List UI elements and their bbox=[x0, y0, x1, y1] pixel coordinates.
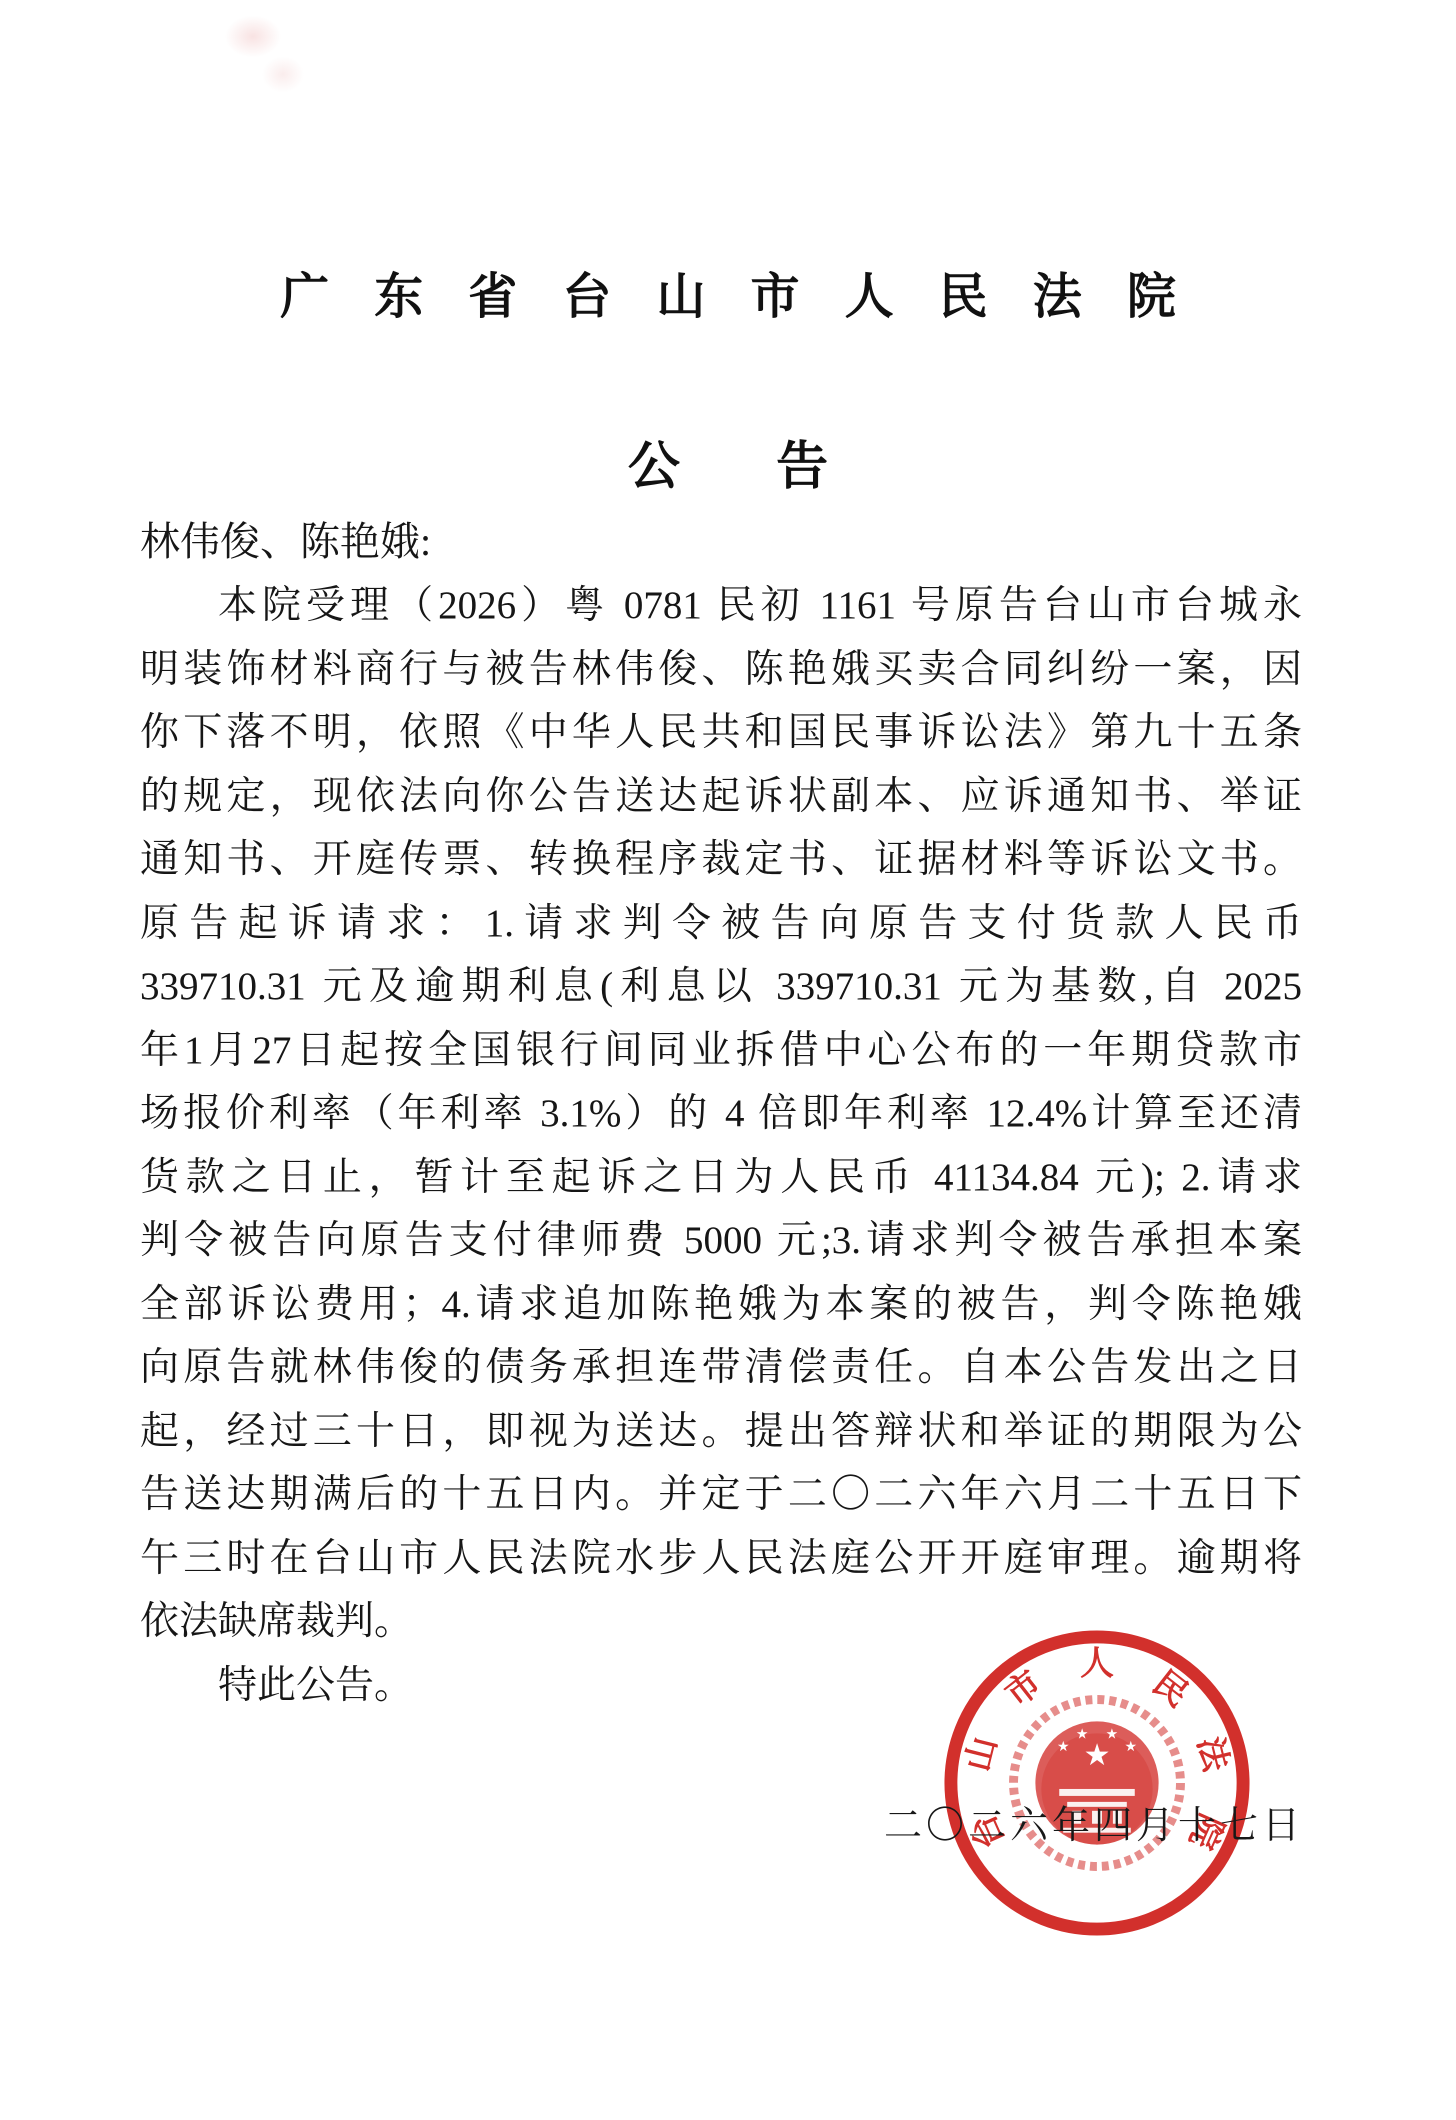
seal-char-5: 法 bbox=[1190, 1733, 1235, 1776]
body-line-14: 起，经过三十日，即视为送达。提出答辩状和举证的期限为公 bbox=[140, 1400, 1302, 1464]
document-page: 广东省台山市人民法院 公告 林伟俊、陈艳娥: 本院受理（2026）粤 0781 … bbox=[0, 0, 1456, 2120]
court-name: 广东省台山市人民法院 bbox=[0, 258, 1456, 328]
body-line-4: 的规定，现依法向你公告送达起诉状副本、应诉通知书、举证 bbox=[140, 765, 1302, 829]
body-line-1: 本院受理（2026）粤 0781 民初 1161 号原告台山市台城永 bbox=[140, 574, 1302, 638]
body-line-13: 向原告就林伟俊的债务承担连带清偿责任。自本公告发出之日 bbox=[140, 1336, 1302, 1400]
seal-char-1: 山 bbox=[960, 1733, 1004, 1775]
body-line-3: 你下落不明，依照《中华人民共和国民事诉讼法》第九十五条 bbox=[140, 701, 1302, 765]
body-line-10: 货款之日止，暂计至起诉之日为人民币 41134.84 元); 2.请求 bbox=[140, 1146, 1302, 1210]
seal-star-icon: ★ bbox=[1076, 1727, 1088, 1742]
scan-smudge bbox=[205, 8, 325, 103]
body-text: 本院受理（2026）粤 0781 民初 1161 号原告台山市台城永明装饰材料商… bbox=[140, 574, 1302, 1717]
body-line-16: 午三时在台山市人民法院水步人民法庭公开开庭审理。逾期将 bbox=[140, 1527, 1302, 1591]
body-line-7: 339710.31 元及逾期利息(利息以 339710.31 元为基数,自 20… bbox=[140, 955, 1302, 1019]
seal-star-icon: ★ bbox=[1084, 1739, 1111, 1772]
body-line-6: 原告起诉请求：1.请求判令被告向原告支付货款人民币 bbox=[140, 892, 1302, 956]
issue-date: 二〇二六年四月十七日 bbox=[884, 1796, 1344, 1856]
seal-star-icon: ★ bbox=[1106, 1727, 1118, 1742]
page-title: 公告 bbox=[0, 424, 1456, 499]
body-line-8: 年1月27日起按全国银行间同业拆借中心公布的一年期贷款市 bbox=[140, 1019, 1302, 1083]
body-line-9: 场报价利率（年利率 3.1%）的 4 倍即年利率 12.4%计算至还清 bbox=[140, 1082, 1302, 1146]
seal-char-3: 人 bbox=[1080, 1646, 1114, 1683]
court-seal-stamp: ★★★★★ 台山市人民法院 bbox=[938, 1624, 1256, 1942]
seal-star-icon: ★ bbox=[1057, 1740, 1069, 1755]
body-line-2: 明装饰材料商行与被告林伟俊、陈艳娥买卖合同纠纷一案，因 bbox=[140, 638, 1302, 702]
body-line-5: 通知书、开庭传票、转换程序裁定书、证据材料等诉讼文书。 bbox=[140, 828, 1302, 892]
salutation: 林伟俊、陈艳娥: bbox=[140, 510, 1300, 574]
body-line-15: 告送达期满后的十五日内。并定于二〇二六年六月二十五日下 bbox=[140, 1463, 1302, 1527]
seal-star-icon: ★ bbox=[1125, 1740, 1137, 1755]
body-line-12: 全部诉讼费用；4.请求追加陈艳娥为本案的被告，判令陈艳娥 bbox=[140, 1273, 1302, 1337]
body-line-11: 判令被告向原告支付律师费 5000 元;3.请求判令被告承担本案 bbox=[140, 1209, 1302, 1273]
